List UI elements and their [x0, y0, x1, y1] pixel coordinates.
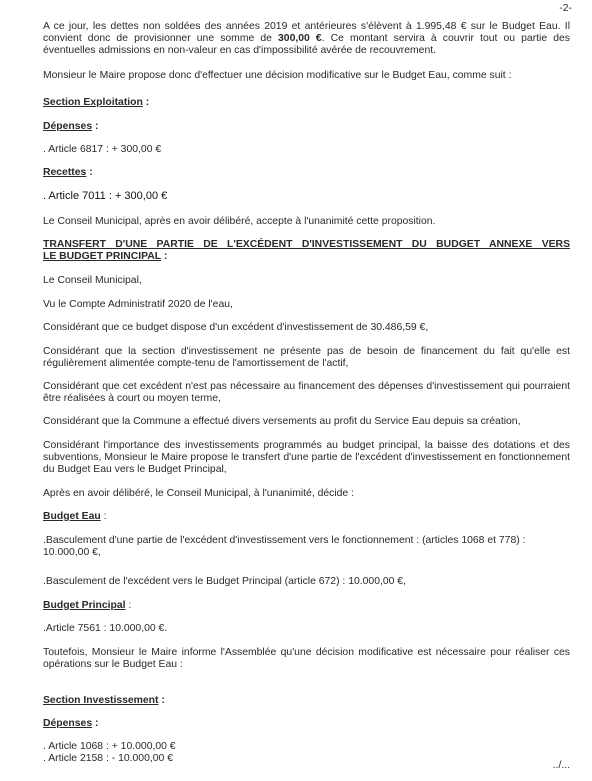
heading-budget-principal: Budget Principal :	[43, 600, 570, 612]
line-basculement-1: .Basculement d'une partie de l'excédent …	[43, 535, 570, 559]
heading-section-investissement: Section Investissement :	[43, 695, 570, 707]
paragraph-considerant-4: Considérant que la Commune a effectué di…	[43, 416, 570, 428]
line-article-6817: . Article 6817 : + 300,00 €	[43, 144, 570, 156]
paragraph-considerant-2: Considérant que la section d'investissem…	[43, 346, 570, 370]
continuation-marker: ../...	[553, 760, 570, 772]
line-article-7561: .Article 7561 : 10.000,00 €.	[43, 623, 570, 635]
paragraph-proposition: Monsieur le Maire propose donc d'effectu…	[43, 70, 570, 82]
line-article-7011: . Article 7011 : + 300,00 €	[43, 190, 570, 202]
provision-amount: 300,00 €	[278, 33, 322, 44]
paragraph-decide: Après en avoir délibéré, le Conseil Muni…	[43, 488, 570, 500]
paragraph-vu-compte: Vu le Compte Administratif 2020 de l'eau…	[43, 299, 570, 311]
heading-depenses-investissement: Dépenses :	[43, 718, 570, 730]
paragraph-considerant-1: Considérant que ce budget dispose d'un e…	[43, 322, 570, 334]
paragraph-conseil-accepte: Le Conseil Municipal, après en avoir dél…	[43, 216, 570, 228]
heading-section-exploitation: Section Exploitation :	[43, 97, 570, 109]
paragraph-dettes: A ce jour, les dettes non soldées des an…	[43, 21, 570, 57]
heading-recettes: Recettes :	[43, 167, 570, 179]
paragraph-considerant-3: Considérant que cet excédent n'est pas n…	[43, 381, 570, 405]
paragraph-conseil: Le Conseil Municipal,	[43, 275, 570, 287]
line-basculement-2: .Basculement de l'excédent vers le Budge…	[43, 576, 570, 588]
heading-transfert: TRANSFERT D'UNE PARTIE DE L'EXCÉDENT D'I…	[43, 239, 570, 263]
page-number: -2-	[559, 3, 572, 15]
heading-depenses-exploitation: Dépenses :	[43, 121, 570, 133]
paragraph-considerant-5: Considérant l'importance des investissem…	[43, 440, 570, 476]
line-article-2158: . Article 2158 : - 10.000,00 €	[43, 753, 570, 765]
paragraph-toutefois: Toutefois, Monsieur le Maire informe l'A…	[43, 647, 570, 671]
line-article-1068: . Article 1068 : + 10.000,00 €	[43, 741, 570, 753]
heading-budget-eau: Budget Eau :	[43, 511, 570, 523]
